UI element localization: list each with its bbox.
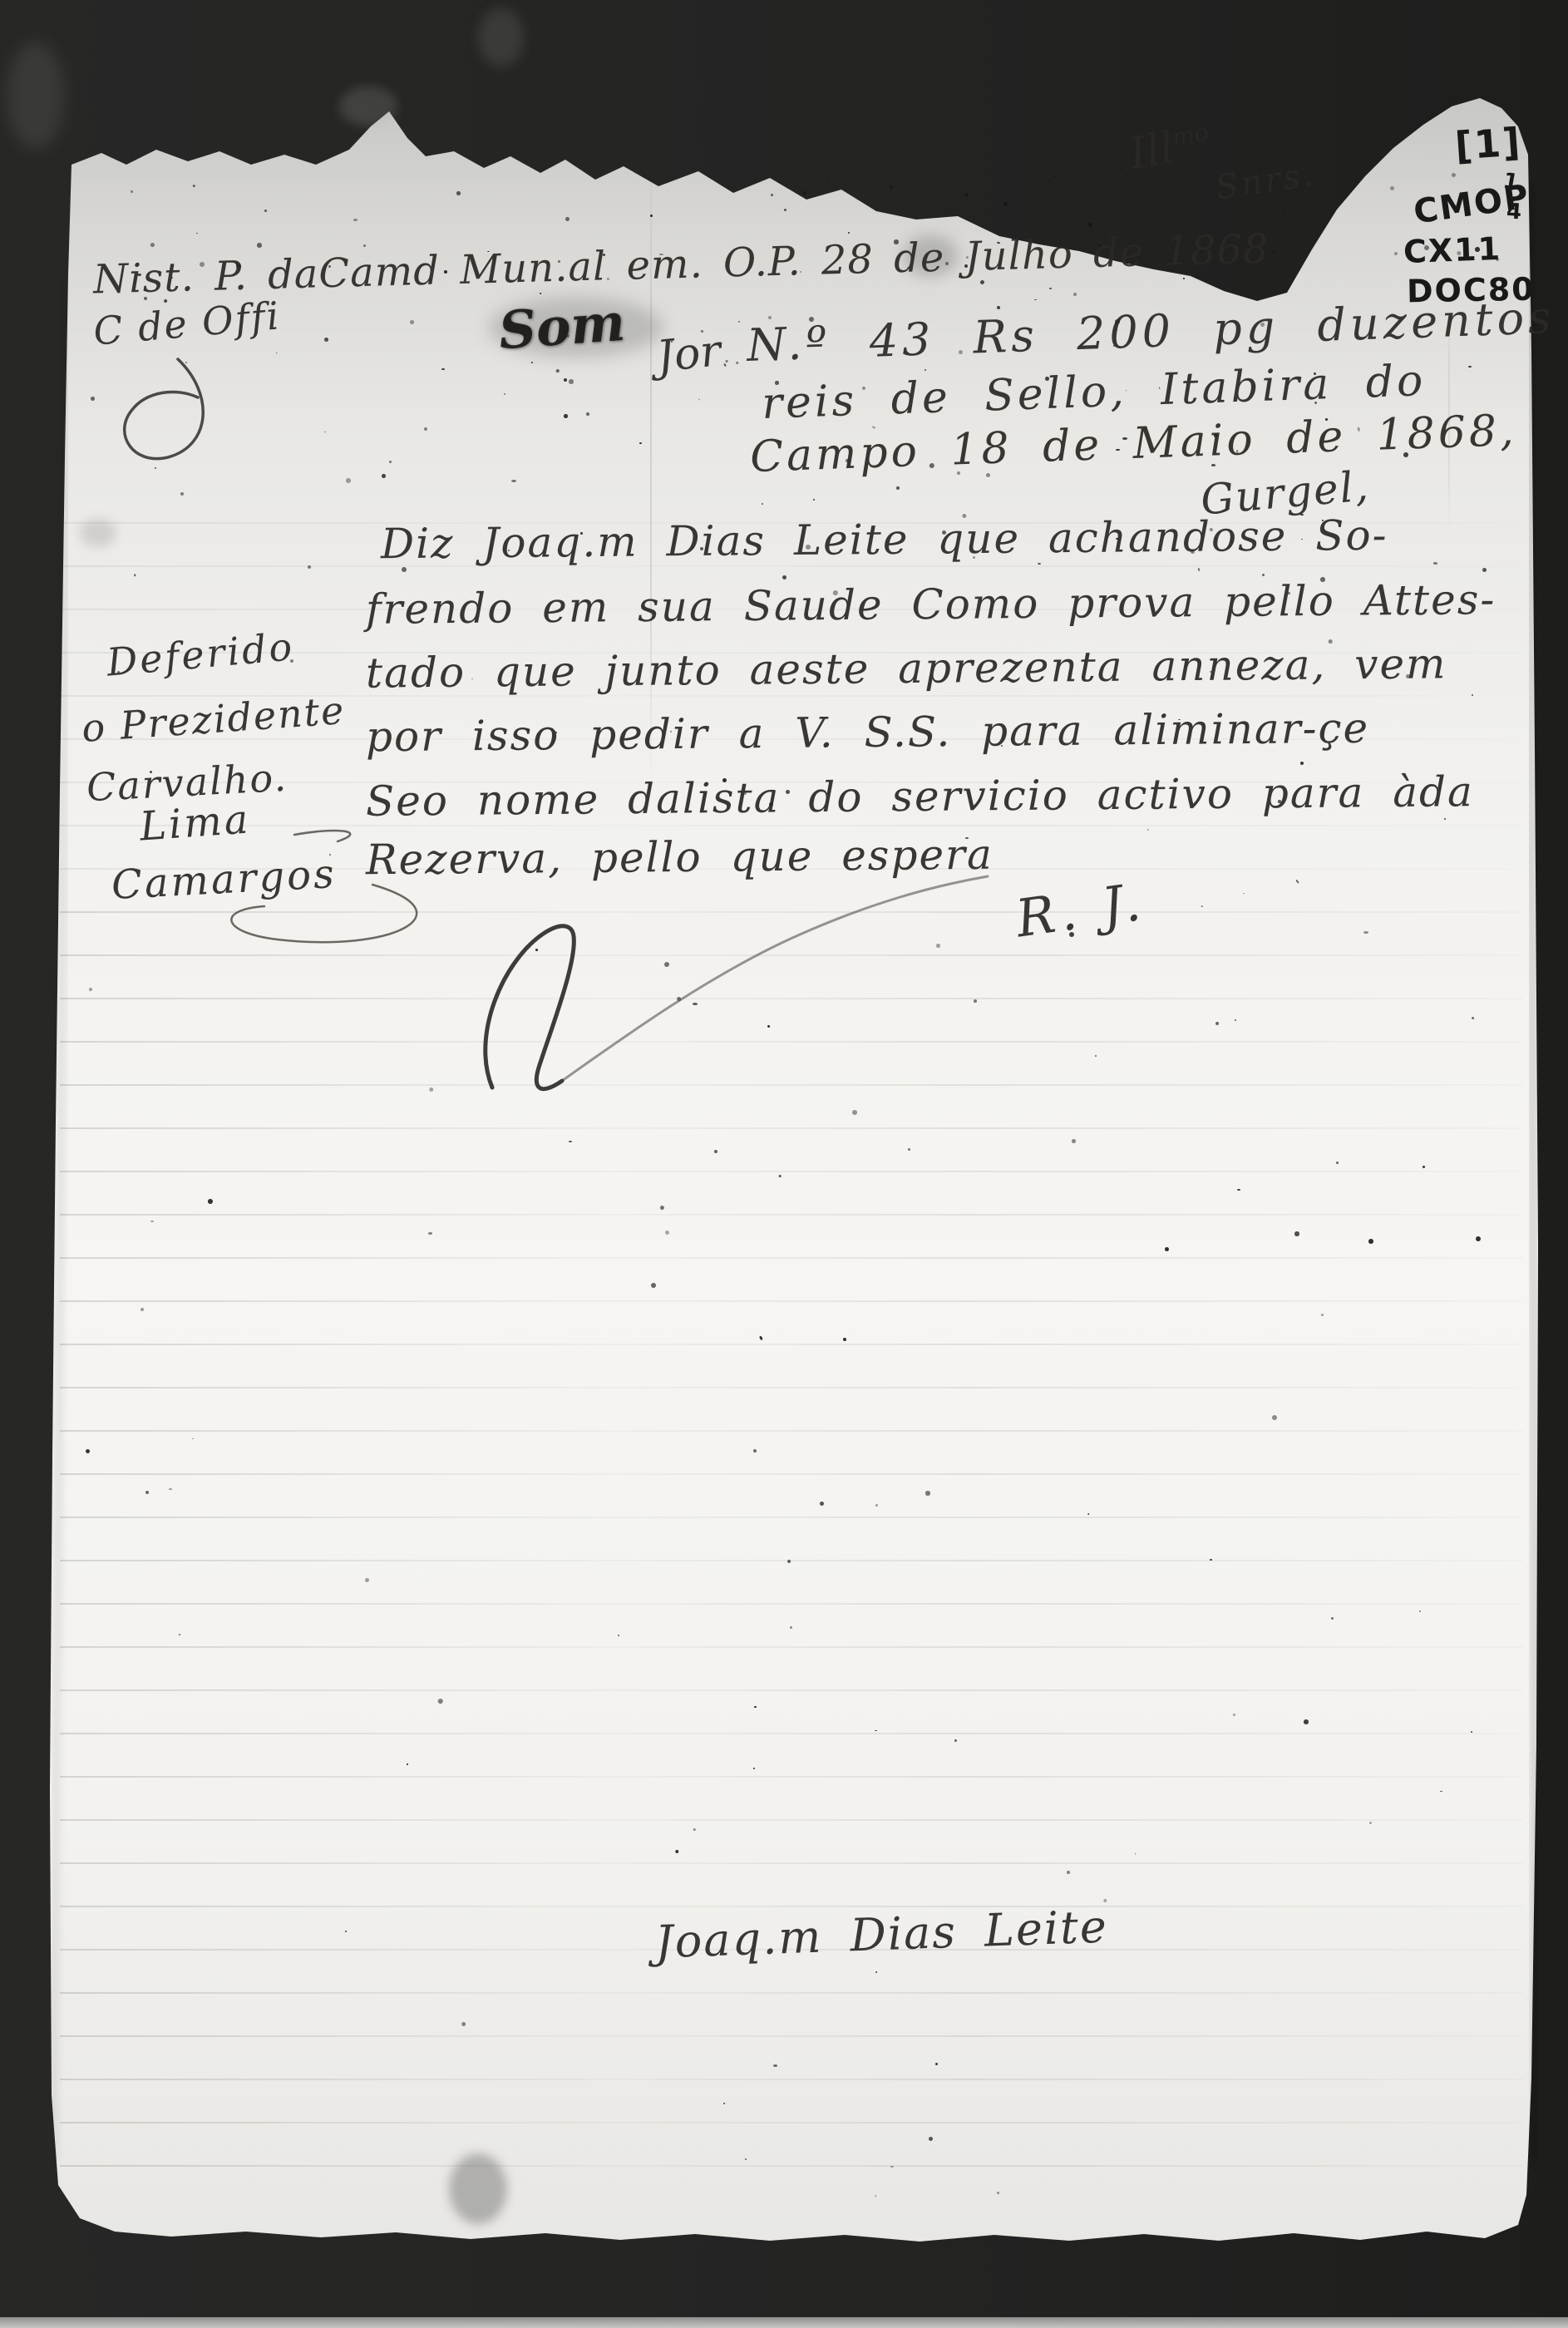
despacho-date-line: Nist. P. daCamd Mun.al em. O.P. 28 de Ju… <box>93 229 1270 299</box>
margin-deferral: Deferido <box>105 627 295 682</box>
margin-signature-camargos: Camargos <box>111 854 338 905</box>
body-line: Seo nome dalista do servicio activo para… <box>366 771 1474 822</box>
archival-fraction-bottom: 4 <box>1506 200 1524 223</box>
salutation-superscript: mo <box>1170 117 1211 151</box>
clerk-rubric: Jor <box>654 329 722 379</box>
margin-signature-lima: Lima <box>138 799 251 846</box>
archival-box-code: CX11 <box>1403 233 1501 268</box>
salutation-line1: Illmo <box>1126 120 1214 176</box>
archival-page-number: [1] <box>1453 122 1522 165</box>
body-line: Rezerva, pello que espera <box>366 834 994 881</box>
clerk-heavy-rubric: Som <box>497 297 627 357</box>
body-line: tado que junto aeste aprezenta anneza, v… <box>366 643 1447 693</box>
petitioner-signature: Joaq.m Dias Leite <box>654 1905 1108 1965</box>
sello-line1: N.º 43 Rs 200 pg duzentos <box>746 295 1556 368</box>
scanned-document-page: Illmo Snrs. [1] CMOP 1 4 CX11 DOC80 Nist… <box>0 0 1568 2328</box>
body-line: Diz Joaq.m Dias Leite que achandose So- <box>381 515 1388 565</box>
margin-signature-carvalho: Carvalho. <box>86 758 288 807</box>
body-line: por isso pedir a V. S.S. para aliminar-ç… <box>366 708 1369 758</box>
salutation-line2: Snrs. <box>1214 158 1318 205</box>
closing-initials: R. J. <box>1013 875 1148 945</box>
margin-president: o Prezidente <box>81 691 347 747</box>
body-line: frendo em sua Saude Como prova pello Att… <box>366 579 1497 630</box>
oficio-note: C de Offi <box>91 296 282 350</box>
